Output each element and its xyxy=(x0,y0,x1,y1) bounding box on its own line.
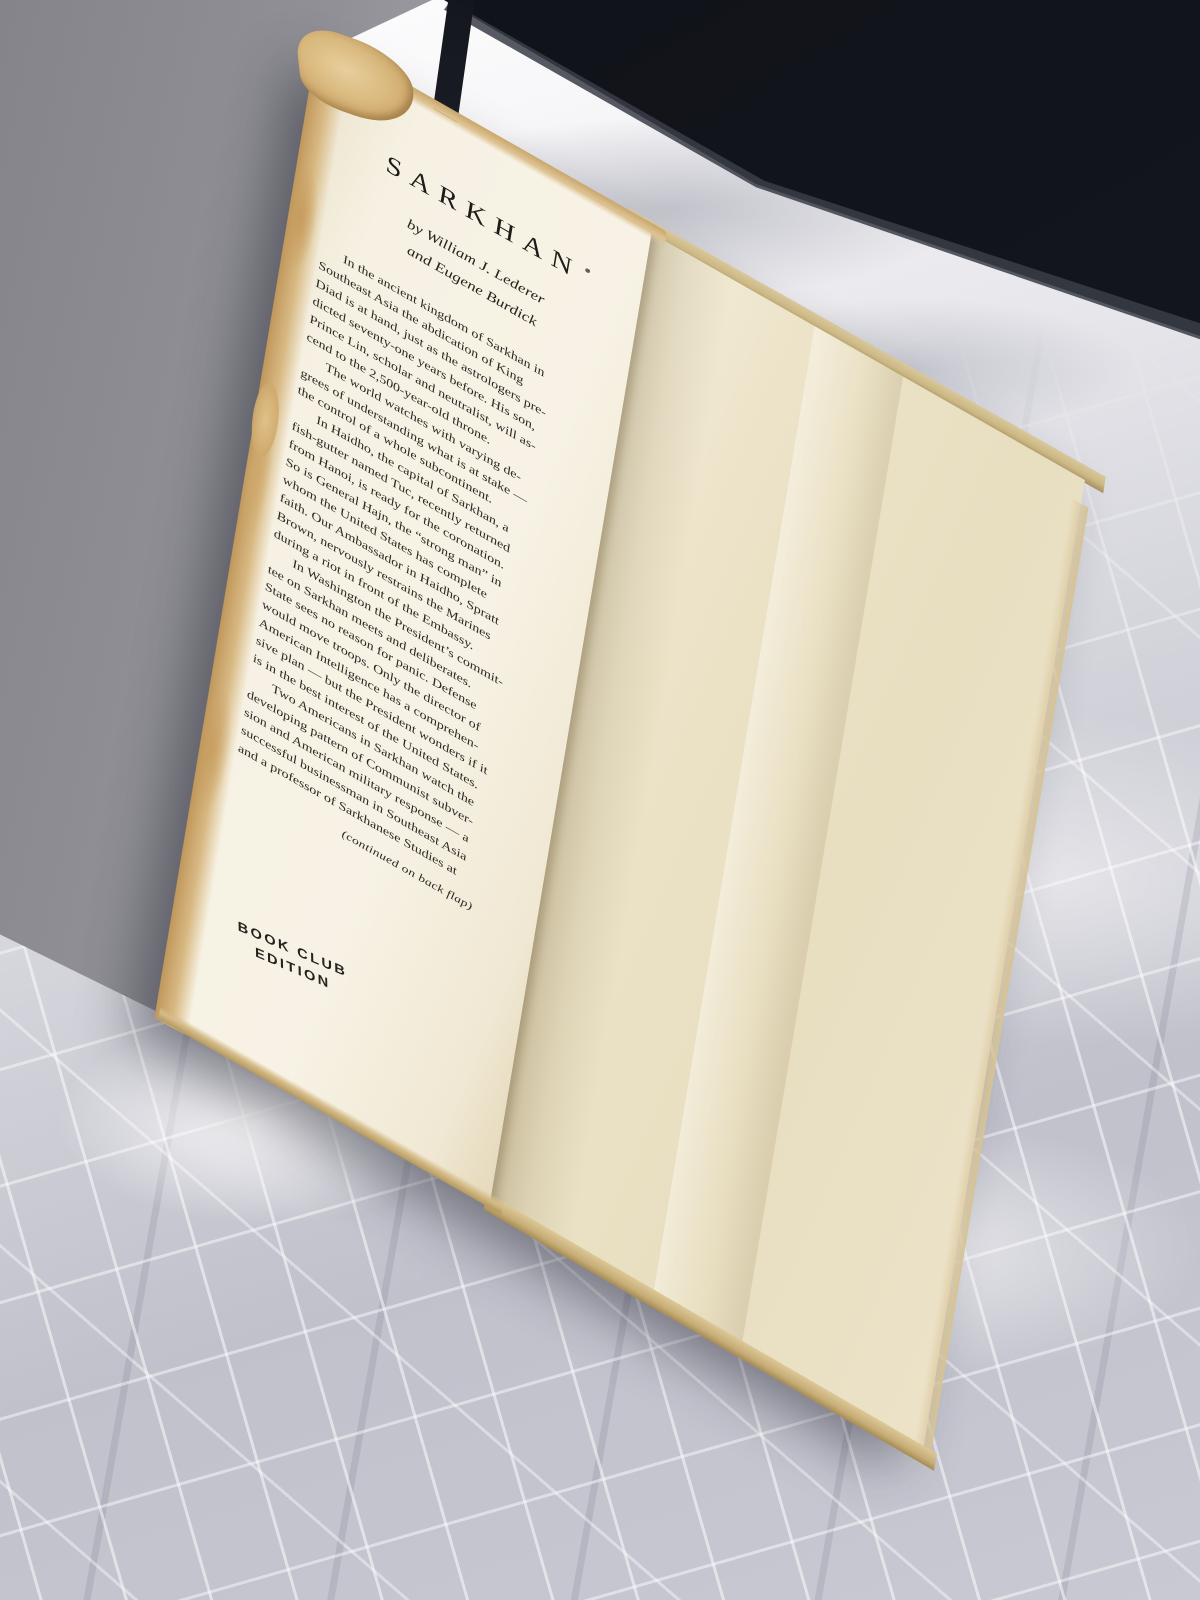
book-club-edition-stamp: BOOK CLUB EDITION xyxy=(193,898,393,1022)
stamp-line-1: BOOK CLUB xyxy=(193,898,393,1002)
book-photo-scene: SARKHAN by William J. Lederer and Eugene… xyxy=(0,0,1200,1600)
stamp-line-2: EDITION xyxy=(193,917,393,1021)
